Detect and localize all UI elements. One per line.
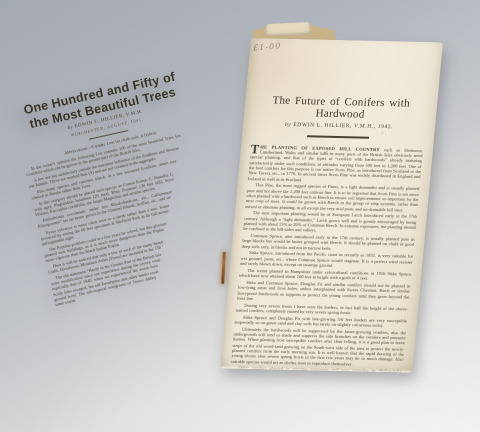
paragraph: Ultimately the hardwoods will be suppres… bbox=[231, 326, 406, 367]
divider-rule bbox=[307, 135, 369, 138]
body-paragraphs: This Pine, the most rugged species of Pi… bbox=[227, 182, 419, 372]
crumpled-paper-edge bbox=[266, 22, 311, 37]
pencil-price-mark: £1-00 bbox=[253, 41, 281, 52]
page-body: THE PLANTING OF EXPOSED HILL COUNTRY suc… bbox=[227, 144, 423, 373]
first-paragraph-text: such as Dartmoor, Cumberland, Wales and … bbox=[248, 147, 423, 182]
paragraph: THE PLANTING OF EXPOSED HILL COUNTRY suc… bbox=[248, 144, 423, 185]
page-title: The Future of Conifers with Hardwood bbox=[250, 94, 432, 122]
byline-author: EDWIN L. HILLIER, V.M.H., 1943. bbox=[293, 122, 393, 130]
paragraph: Sitka and Common Spruce, Douglas Fir and… bbox=[237, 280, 411, 305]
rusty-staple bbox=[221, 252, 226, 284]
byline-by: by bbox=[285, 122, 292, 128]
pamphlet-byline-by: by bbox=[67, 125, 73, 131]
page-byline: by EDWIN L. HILLIER, V.M.H., 1943. bbox=[243, 121, 436, 131]
photo-of-booklets: £1-00 The Future of Conifers with Hardwo… bbox=[0, 0, 480, 432]
paragraph: Sitka Spruce, introduced from the Pacifi… bbox=[240, 250, 413, 270]
right-booklet-title-page: £1-00 The Future of Conifers with Hardwo… bbox=[220, 38, 443, 373]
drop-cap: T bbox=[250, 144, 259, 154]
paragraph: The next important planting would be of … bbox=[243, 210, 417, 235]
pamphlet-text-block: One Hundred and Fifty of the Most Beauti… bbox=[11, 67, 230, 309]
paragraph: This Pine, the most rugged species of Pi… bbox=[245, 182, 419, 212]
paragraph: Common Spruce, also introduced early in … bbox=[241, 233, 414, 253]
